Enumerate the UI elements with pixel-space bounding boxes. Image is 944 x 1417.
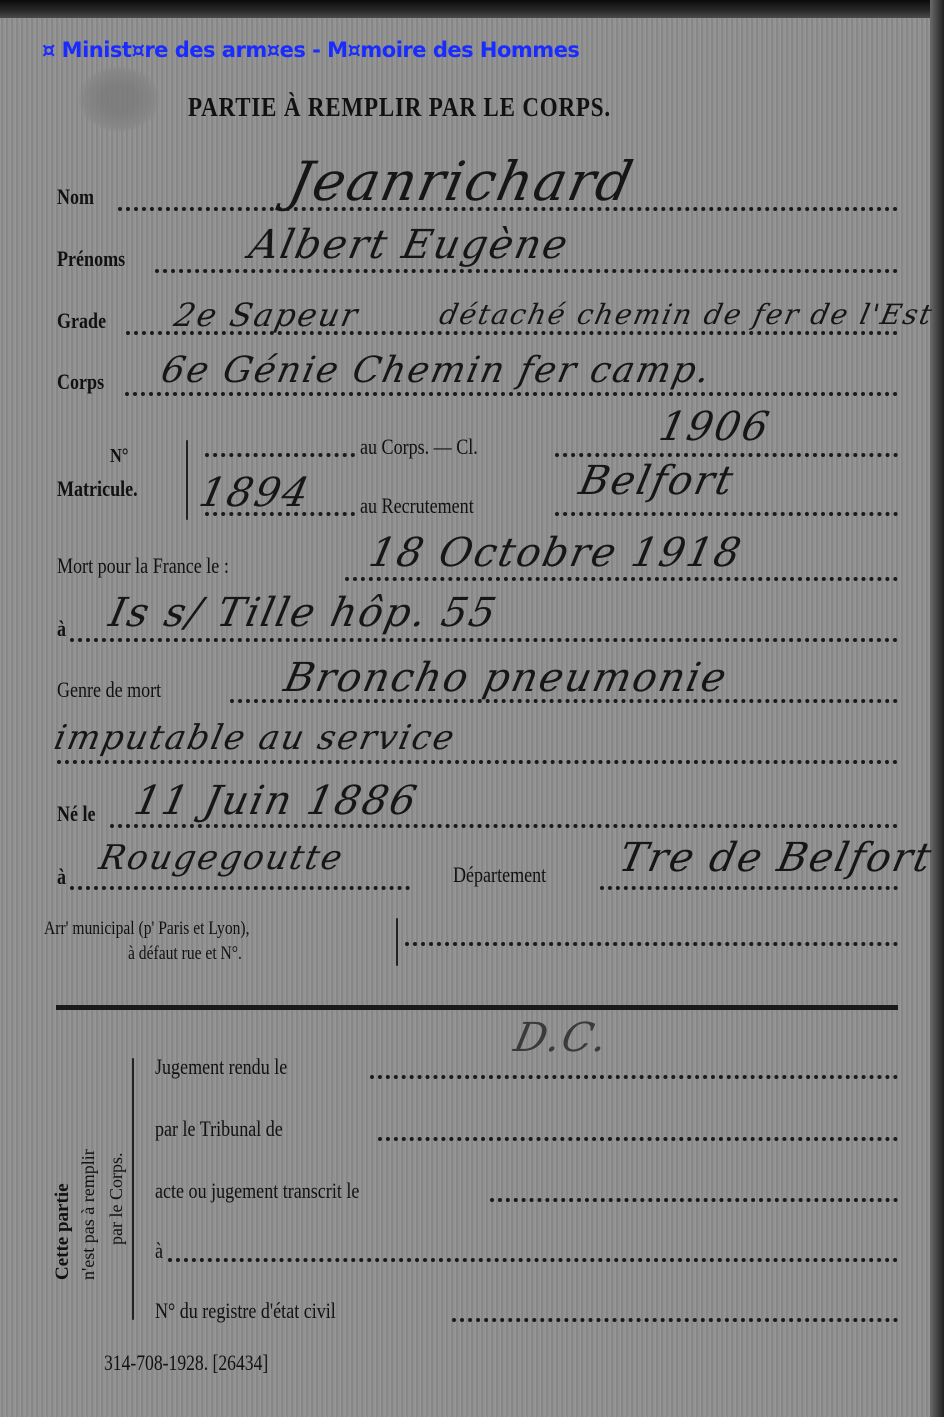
corps-label: Corps xyxy=(57,369,104,395)
departement-line xyxy=(600,882,898,890)
matricule-no-label: N° xyxy=(110,445,128,468)
jugement-label: Jugement rendu le xyxy=(155,1054,287,1080)
tribunal-label: par le Tribunal de xyxy=(155,1116,283,1142)
grade-value: 2e Sapeur xyxy=(171,296,363,334)
nom-label: Nom xyxy=(57,184,94,210)
classe-value: 1906 xyxy=(655,404,775,450)
scan-right-border xyxy=(930,0,944,1417)
corps-no-line xyxy=(205,449,355,457)
departement-value: Tre de Belfort xyxy=(615,835,937,881)
prenoms-value: Albert Eugène xyxy=(245,222,573,268)
form-title: PARTIE À REMPLIR PAR LE CORPS. xyxy=(188,92,611,123)
lieu-mort-value: Is s/ Tille hôp. 55 xyxy=(105,590,502,636)
au-corps-label: au Corps. — Cl. xyxy=(360,434,478,460)
a-line xyxy=(168,1254,898,1262)
classe-line xyxy=(555,449,898,457)
genre-mort-value: Broncho pneumonie xyxy=(280,655,732,701)
recrutement-value: Belfort xyxy=(575,458,739,504)
a-label: à xyxy=(155,1238,163,1264)
matricule-label: Matricule. xyxy=(57,476,138,502)
nom-value: Jeanrichard xyxy=(283,150,640,213)
genre-mort-value-2: imputable au service xyxy=(51,718,460,758)
side-note-line-1: Cette partie xyxy=(52,1183,74,1280)
naissance-value: 11 Juin 1886 xyxy=(130,778,422,824)
registre-label: N° du registre d'état civil xyxy=(155,1298,336,1324)
arr-line xyxy=(405,938,898,946)
section2-brace xyxy=(132,1058,134,1320)
prenoms-label: Prénoms xyxy=(57,246,125,272)
side-note-line-2: n'est pas à remplir xyxy=(78,1149,99,1280)
lieu-mort-label: à xyxy=(57,616,66,642)
departement-label: Département xyxy=(453,862,546,888)
print-reference: 314-708-1928. [26434] xyxy=(104,1350,268,1376)
arr-label-2: à défaut rue et N°. xyxy=(128,943,242,965)
registre-line xyxy=(452,1314,898,1322)
tribunal-line xyxy=(378,1133,898,1141)
section-divider xyxy=(56,1005,898,1010)
transcrit-label: acte ou jugement transcrit le xyxy=(155,1178,359,1204)
mort-value: 18 Octobre 1918 xyxy=(365,530,747,576)
recrutement-line xyxy=(555,508,898,516)
arr-brace xyxy=(396,918,398,966)
arr-label-1: Arr' municipal (p' Paris et Lyon), xyxy=(44,918,250,940)
watermark-text: ¤ Minist¤re des arm¤es - M¤moire des Hom… xyxy=(42,38,579,62)
lieu-naissance-line xyxy=(70,882,410,890)
lieu-naissance-label: à xyxy=(57,864,66,890)
lieu-naissance-value: Rougegoutte xyxy=(96,838,348,878)
scan-top-border xyxy=(0,0,944,18)
ink-stamp xyxy=(78,66,160,132)
mort-label: Mort pour la France le : xyxy=(57,553,229,579)
jugement-line xyxy=(370,1071,898,1079)
grade-extra: détaché chemin de fer de l'Est xyxy=(436,298,936,331)
jugement-value: D.C. xyxy=(510,1015,613,1061)
genre-mort-label: Genre de mort xyxy=(57,677,161,703)
naissance-label: Né le xyxy=(57,801,96,827)
recrutement-no-value: 1894 xyxy=(195,470,315,516)
corps-value: 6e Génie Chemin fer camp. xyxy=(158,350,716,391)
transcrit-line xyxy=(490,1194,898,1202)
au-recrutement-label: au Recrutement xyxy=(360,493,474,519)
grade-label: Grade xyxy=(57,308,106,334)
side-note-line-3: par le Corps. xyxy=(106,1153,127,1245)
matricule-brace xyxy=(186,440,188,520)
